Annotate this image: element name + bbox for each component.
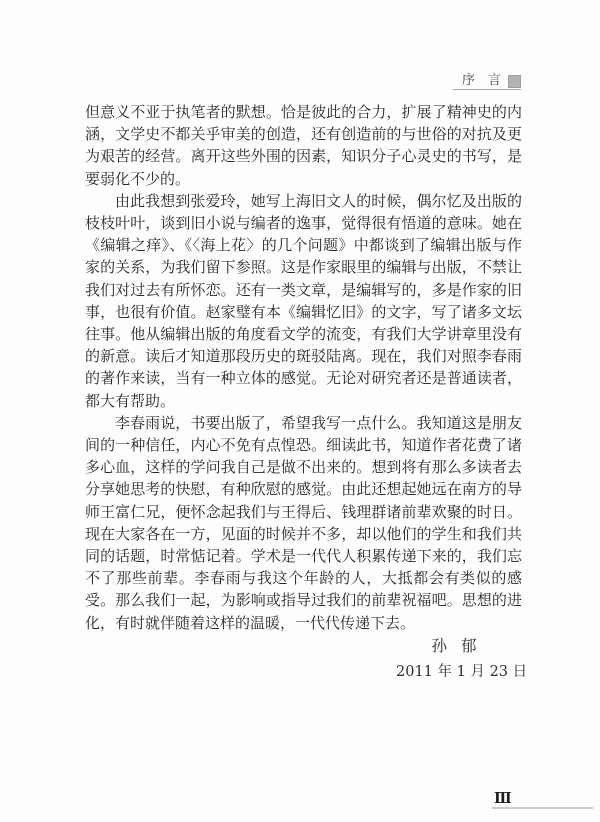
signature-block: 孙 郁 2011 年 1 月 23 日 <box>396 633 512 685</box>
page-number: Ⅲ <box>494 790 511 807</box>
body-paragraph: 由此我想到张爱玲，她写上海旧文人的时候，偶尔忆及出版的枝枝叶叶，谈到旧小说与编者… <box>85 190 522 412</box>
signature-name: 孙 郁 <box>396 633 512 659</box>
header-square-ornament <box>508 75 521 88</box>
page-header: 序 言 <box>453 73 521 90</box>
body-paragraph: 李春雨说，书要出版了，希望我写一点什么。我知道这是朋友间的一种信任，内心不免有点… <box>85 412 522 634</box>
book-page: 序 言 但意义不亚于执笔者的默想。恰是彼此的合力，扩展了精神史的内涵，文学史不都… <box>0 0 600 822</box>
body-paragraph: 但意义不亚于执笔者的默想。恰是彼此的合力，扩展了精神史的内涵，文学史不都关乎审美… <box>85 101 522 190</box>
footer-rule <box>492 807 593 809</box>
preface-body: 但意义不亚于执笔者的默想。恰是彼此的合力，扩展了精神史的内涵，文学史不都关乎审美… <box>85 101 522 634</box>
signature-date: 2011 年 1 月 23 日 <box>396 659 512 685</box>
preface-title: 序 言 <box>462 74 502 87</box>
page-footer: Ⅲ <box>492 790 593 810</box>
